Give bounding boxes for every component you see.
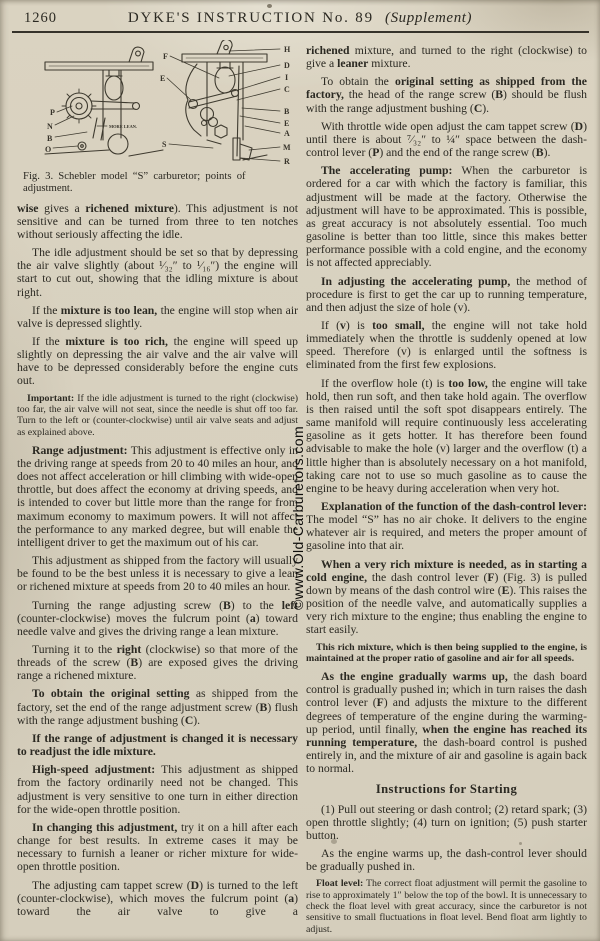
page-stain <box>331 839 337 844</box>
para-richened-continuation: richened mixture, and turned to the righ… <box>306 44 587 70</box>
figure-label-p: P <box>50 108 55 117</box>
para-starting-steps: (1) Pull out steering or dash control; (… <box>306 803 587 842</box>
figure-label-b: B <box>47 134 53 143</box>
header-rule <box>12 31 589 33</box>
para-adjusting-pump: In adjusting the accelerating pump, the … <box>306 275 587 314</box>
scanned-book-page: 1260 DYKE'S INSTRUCTION No. 89 (Suppleme… <box>0 0 600 941</box>
figure-caption: Fig. 3. Schebler model “S” carburetor; p… <box>17 168 298 195</box>
figure-label-b-right: B <box>284 107 290 116</box>
figure-label-m: M <box>283 143 291 152</box>
page-header: 1260 DYKE'S INSTRUCTION No. 89 (Suppleme… <box>0 10 600 32</box>
left-column: P N B O MORE LEAN. F E S H D I C B E A M… <box>17 40 298 935</box>
para-rich-mixture-needed: When a very rich mixture is needed, as i… <box>306 558 587 637</box>
para-cam-tappet: The adjusting cam tappet screw (D) is tu… <box>17 879 298 918</box>
figure-label-i: I <box>285 73 288 82</box>
para-turning-left: Turning the range adjusting screw (B) to… <box>17 599 298 638</box>
figure-label-h: H <box>284 45 291 54</box>
page-stain <box>267 4 272 8</box>
para-v-too-small: If (v) is too small, the engine will not… <box>306 319 587 372</box>
para-changing-adjustment: In changing this adjustment, try it on a… <box>17 821 298 874</box>
para-range-adjustment: Range adjustment: This adjustment is eff… <box>17 444 298 549</box>
figure-label-s: S <box>162 140 167 149</box>
figure-3: P N B O MORE LEAN. F E S H D I C B E A M… <box>17 40 298 195</box>
para-original-setting: To obtain the original setting as shippe… <box>17 687 298 726</box>
figure-label-n: N <box>47 122 53 131</box>
figure-label-f: F <box>163 52 168 61</box>
para-throttle-wide-open: With throttle wide open adjust the cam t… <box>306 120 587 159</box>
figure-label-c: C <box>284 85 290 94</box>
page-title-text: DYKE'S INSTRUCTION No. 89 <box>128 10 374 26</box>
para-rich-mixture-note: This rich mixture, which is then being s… <box>306 642 587 665</box>
para-accelerating-pump: The accelerating pump: When the carburet… <box>306 164 587 269</box>
para-readjust-idle: If the range of adjustment is changed it… <box>17 732 298 758</box>
watermark-text: ©www.Old-Carburetors.com <box>290 386 307 650</box>
para-warms-up-lever: As the engine warms up, the dash-control… <box>306 847 587 873</box>
figure-label-d: D <box>284 61 290 70</box>
figure-label-a: A <box>284 129 290 138</box>
para-factory-shipped: This adjustment as shipped from the fact… <box>17 554 298 593</box>
para-too-rich: If the mixture is too rich, the engine w… <box>17 335 298 388</box>
left-drawing-lines <box>45 47 163 156</box>
para-overflow-too-low: If the overflow hole (t) is too low, the… <box>306 377 587 495</box>
figure-label-o: O <box>45 145 51 154</box>
figure-label-e-left: E <box>160 74 165 83</box>
carburetor-diagram: P N B O MORE LEAN. F E S H D I C B E A M… <box>17 40 298 168</box>
para-idle-setting: The idle adjustment should be set so tha… <box>17 246 298 299</box>
para-dash-control-explanation: Explanation of the function of the dash-… <box>306 500 587 553</box>
para-too-lean: If the mixture is too lean, the engine w… <box>17 304 298 330</box>
page-stain <box>519 842 522 845</box>
para-engine-warms-up: As the engine gradually warms up, the da… <box>306 670 587 775</box>
figure-inner-label: MORE LEAN. <box>109 124 137 129</box>
figure-label-r: R <box>284 157 290 166</box>
para-original-setting-right: To obtain the original setting as shippe… <box>306 75 587 114</box>
figure-label-e-right: E <box>284 119 289 128</box>
page-title: DYKE'S INSTRUCTION No. 89 (Supplement) <box>0 10 600 27</box>
para-turning-right: Turning it to the right (clockwise) so t… <box>17 643 298 682</box>
left-column-text: wise gives a richened mixture). This adj… <box>17 202 298 918</box>
para-high-speed: High-speed adjustment: This adjustment a… <box>17 763 298 816</box>
page-title-supplement: (Supplement) <box>385 10 472 26</box>
para-idle-continuation: wise gives a richened mixture). This adj… <box>17 202 298 241</box>
para-float-level: Float level: The correct float adjustmen… <box>306 878 587 934</box>
heading-instructions-for-starting: Instructions for Starting <box>306 783 587 796</box>
right-drawing-lines <box>167 40 280 161</box>
right-column: richened mixture, and turned to the righ… <box>306 44 587 937</box>
para-important-note: Important: If the idle adjustment is tur… <box>17 393 298 438</box>
